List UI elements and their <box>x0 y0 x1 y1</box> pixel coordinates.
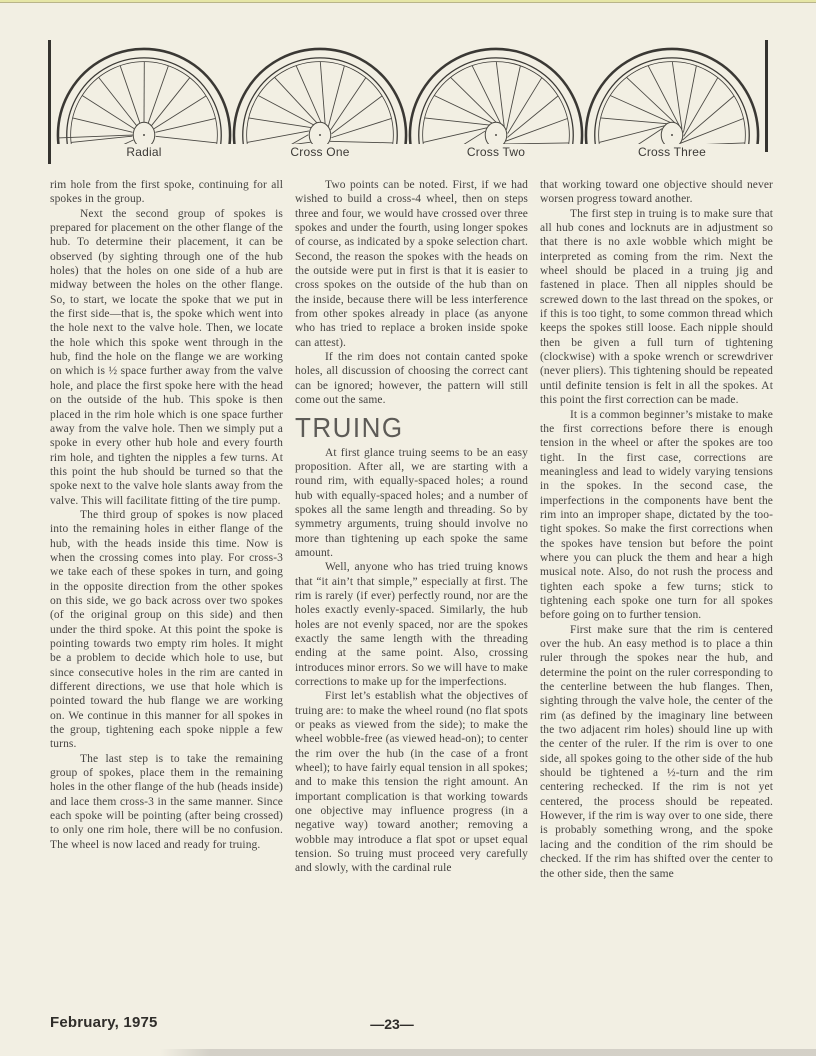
paragraph: Well, anyone who has tried truing knows … <box>295 560 528 689</box>
wheel-figure-radial: Radial <box>56 38 232 166</box>
cross-three-wheel-icon <box>584 38 760 144</box>
page-number: —23— <box>352 1016 432 1032</box>
band-rule-right <box>765 40 768 152</box>
section-heading-truing: TRUING <box>295 413 528 442</box>
wheel-figure-cross-two: Cross Two <box>408 38 584 166</box>
wheel-label: Cross One <box>232 145 408 159</box>
paragraph: rim hole from the first spoke, continuin… <box>50 178 283 207</box>
article-column-3: that working toward one objective should… <box>540 178 773 881</box>
paragraph: The first step in truing is to make sure… <box>540 207 773 408</box>
wheel-label: Radial <box>56 145 232 159</box>
scanned-page: { "diagram": { "wheels": [ {"label": "Ra… <box>0 0 816 1056</box>
wheel-label: Cross Two <box>408 145 584 159</box>
paragraph: that working toward one objective should… <box>540 178 773 207</box>
footer-date: February, 1975 <box>50 1014 158 1031</box>
wheel-label: Cross Three <box>584 145 760 159</box>
band-rule-left <box>48 40 51 164</box>
paragraph: If the rim does not contain canted spoke… <box>295 350 528 407</box>
article-columns: rim hole from the first spoke, continuin… <box>50 178 773 881</box>
paragraph: Next the second group of spokes is prepa… <box>50 207 283 508</box>
cross-two-wheel-icon <box>408 38 584 144</box>
scan-edge-top <box>0 0 816 4</box>
paragraph: It is a common beginner’s mistake to mak… <box>540 408 773 623</box>
paragraph: At first glance truing seems to be an ea… <box>295 446 528 561</box>
paragraph: The third group of spokes is now placed … <box>50 508 283 752</box>
article-column-1: rim hole from the first spoke, continuin… <box>50 178 283 881</box>
article-column-2: Two points can be noted. First, if we ha… <box>295 178 528 881</box>
paragraph: First let’s establish what the objective… <box>295 689 528 875</box>
radial-wheel-icon <box>56 38 232 144</box>
cross-one-wheel-icon <box>232 38 408 144</box>
scan-edge-bottom <box>0 1049 816 1056</box>
paragraph: First make sure that the rim is centered… <box>540 623 773 881</box>
wheel-diagram-band: Radial Cross One Cross Two Cross Three <box>48 38 768 166</box>
wheel-row: Radial Cross One Cross Two Cross Three <box>56 38 760 166</box>
paragraph: The last step is to take the remaining g… <box>50 752 283 852</box>
paragraph: Two points can be noted. First, if we ha… <box>295 178 528 350</box>
wheel-figure-cross-one: Cross One <box>232 38 408 166</box>
wheel-figure-cross-three: Cross Three <box>584 38 760 166</box>
